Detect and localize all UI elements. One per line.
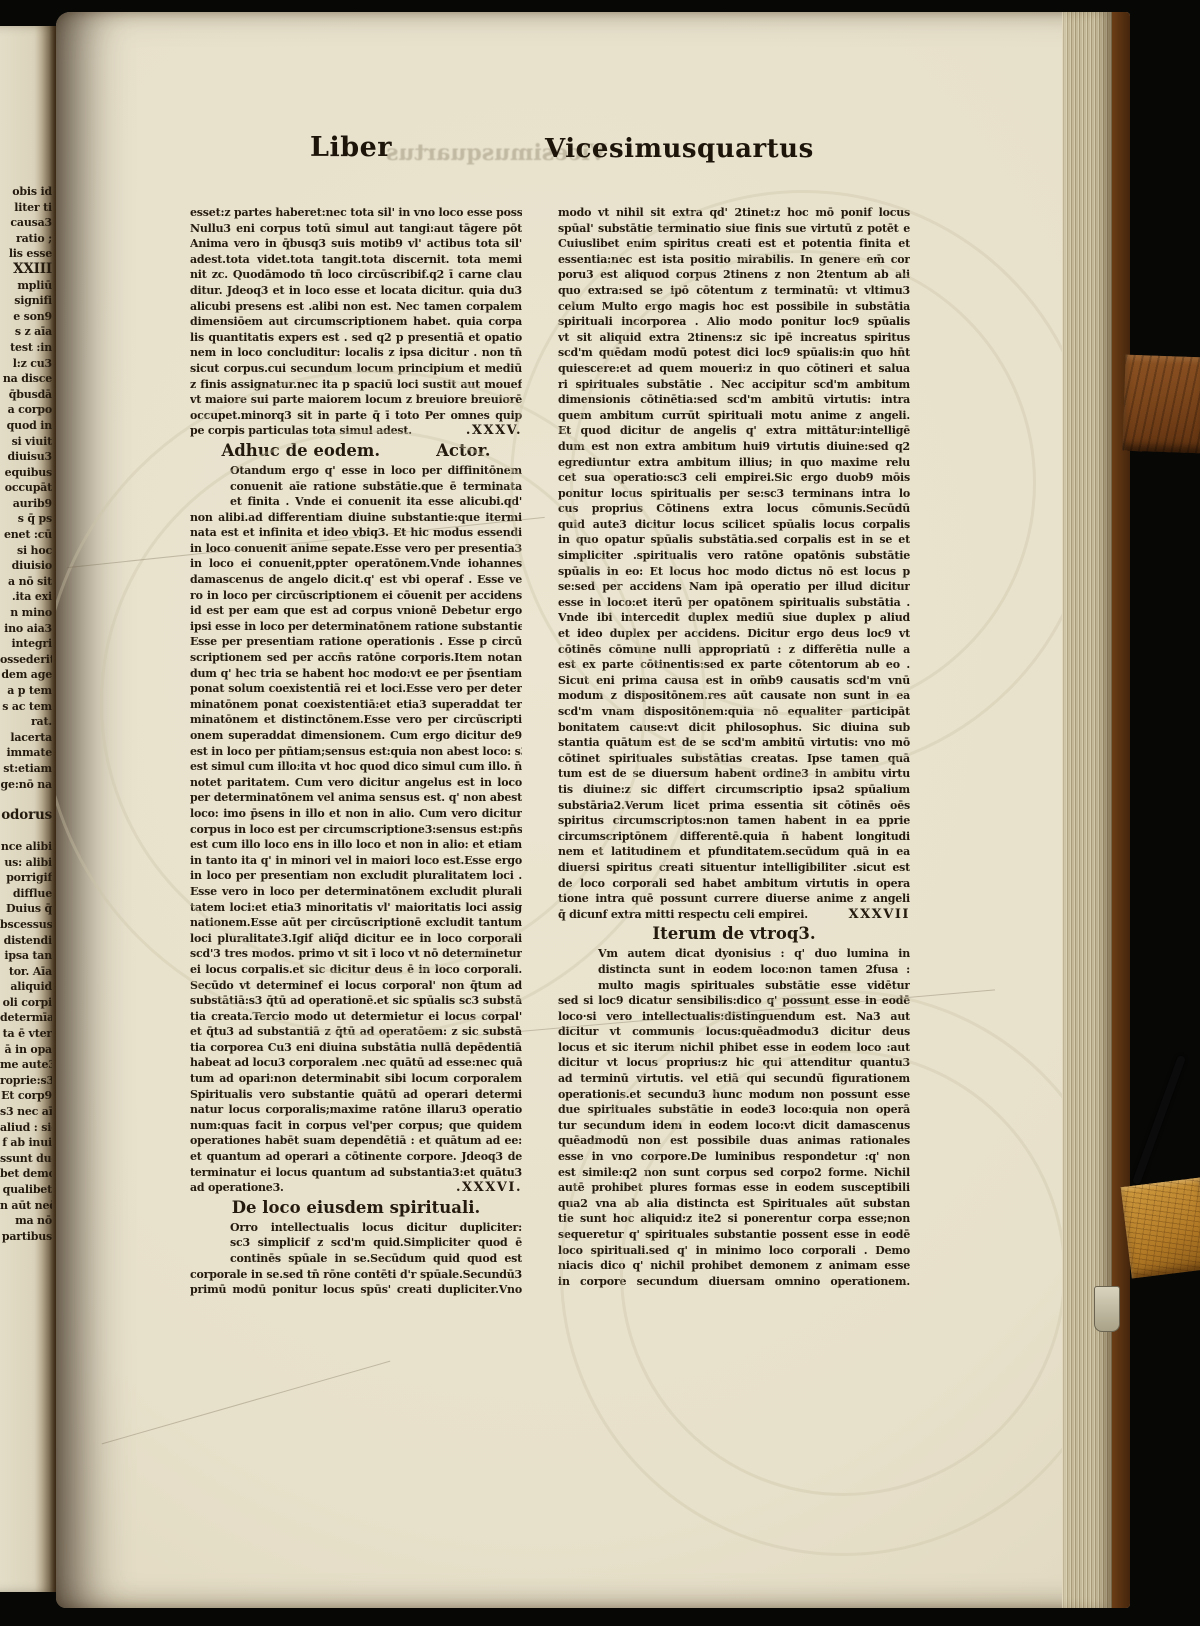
margin-text-fragment: s3 nec aīa [0,1104,52,1120]
margin-text-fragment: distendi [0,933,52,949]
margin-text-fragment: lis esse [0,246,52,262]
text-line: Nullu3 eni corpus totū simul aut tangi:a… [190,221,522,237]
text-line: modo vt nihil sit extra qd' 2tinet:z hoc… [558,205,910,221]
text-line: Et quod dicitur de angelis q' extra mitt… [558,423,910,439]
facing-page-edge: obis idliter ticausa3ratio ;lis esseXXII… [0,26,56,1592]
text-line: quēadmodū non est possibile duas animas … [558,1133,910,1149]
margin-text-fragment: s q̄ ps [0,511,52,527]
text-line: essentia:nec est ista positio mirabilis.… [558,252,910,268]
margin-text-fragment: ssunt due [0,1151,52,1167]
text-line: cōtinēs cōmune nulli appropriatū : z dif… [558,642,910,658]
text-line: locus et sic iterum nichil phibet esse i… [558,1040,910,1056]
text-line: Anima vero in q̄busq3 suis motib9 vl' ac… [190,236,522,252]
text-line: onem superaddat dimensionem. Cum ergo di… [190,728,522,744]
text-line: ad terminū virtutis. vel etiā qui secund… [558,1071,910,1087]
text-line: tia corporea Cu3 eni diuina substātia nu… [190,1040,522,1056]
scratch-line [102,1361,391,1445]
text-line: sc3 simplicif z scd'm quid.Simpliciter q… [190,1235,522,1251]
margin-text-fragment: q̄busdā [0,387,52,403]
text-line: esset:z partes haberet:nec tota sil' in … [190,205,522,221]
section-heading-text: Actor. [436,439,490,463]
margin-text-fragment: bscessus [0,917,52,933]
text-line: in corpore secundum diuersam omnino oper… [558,1274,910,1290]
margin-text-fragment: aliquid [0,979,52,995]
text-line: dimensiōem aut circumscriptionem habet. … [190,314,522,330]
margin-text-fragment: rat. [0,714,52,730]
margin-text-fragment: lacerta [0,730,52,746]
margin-text-fragment: n mino [0,605,52,621]
running-header-liber: Liber [310,132,392,163]
text-line: loco spirituali.sed q' in minimo loco co… [558,1243,910,1259]
text-line: se:sed per accidens Nam ipā operatio per… [558,579,910,595]
text-line: spūalis in eo: Et locus hoc modo dictus … [558,564,910,580]
text-line: ponat solum coexistentiā rei et loci.Ess… [190,681,522,697]
text-line: modum z dispositōnem.res aūt causate non… [558,688,910,704]
text-line: nit zc. Quodāmodo tn̄ loco circūscribif.… [190,267,522,283]
text-line: continēs spūale in se.Secūdum quid quod … [190,1251,522,1267]
text-line: corpus in loco est per circumscriptione3… [190,822,522,838]
text-line: num:quas facit in corpus vel'per corpus;… [190,1118,522,1134]
text-line: autē prohibet plures formas esse in eode… [558,1180,910,1196]
text-column-left: esset:z partes haberet:nec tota sil' in … [190,205,522,1298]
text-line: in quo opatur spūalis substātia.sed corp… [558,532,910,548]
margin-text-fragment: si hoc [0,543,52,559]
margin-text-fragment: qualibet [0,1182,52,1198]
leather-strap-bottom [1121,1177,1200,1278]
text-line: tur secundum idem in eodem loco:vt dicit… [558,1118,910,1134]
text-line: per determinatōnem vel anima sensus est.… [190,790,522,806]
margin-text-fragment: l:z cu3 [0,356,52,372]
text-line: est simile:q2 non sunt corpus sed corpo2… [558,1165,910,1181]
text-line: ponitur locus spiritualis per se:sc3 ter… [558,486,910,502]
text-line-end: pe corpis particulas tota simul adest. [190,423,412,439]
running-header-chapter: Vicesimusquartus [545,134,814,164]
margin-text-fragment: mpliū [0,278,52,294]
leather-strap-top [1122,355,1200,454]
text-line: scd'm quēdam modū potest dici loc9 spūal… [558,345,910,361]
text-line: operationes habēt suam dependētiā : et q… [190,1133,522,1149]
section-heading-text: Adhuc de eodem. [221,439,380,463]
margin-text-fragment: e son9 [0,309,52,325]
text-line: alicubi presens est .alibi non est. Nec … [190,299,522,315]
text-column-right: modo vt nihil sit extra qd' 2tinet:z hoc… [558,205,910,1289]
text-line: quiescere:et ad quem moueri:z in quo cōt… [558,361,910,377]
text-line: cōtinet spirituales substātias creatas. … [558,751,910,767]
text-line: multo magis spirituales substātie esse v… [558,978,910,994]
text-line: Esse vero in loco per determinatōnem exc… [190,884,522,900]
section-heading: De loco eiusdem spirituali. [190,1196,522,1220]
text-line: celum Multo ergo magis hoc est possibile… [558,299,910,315]
text-line: cus proprius Cōtinens extra locus cōmuni… [558,501,910,517]
text-line: nata est et infinita et ideo vbiq3. Et h… [190,525,522,541]
margin-text-fragment: immate [0,745,52,761]
margin-text-fragment: occupāt [0,480,52,496]
text-line: in loco conuenit anime sepate.Esse vero … [190,541,522,557]
margin-text-fragment: partibus [0,1229,52,1245]
text-line: tatem loci:et etia3 minoritatis vl' maio… [190,900,522,916]
margin-text-fragment: bet demo [0,1166,52,1182]
book-photograph: obis idliter ticausa3ratio ;lis esseXXII… [0,0,1200,1626]
text-line: vt sit aliquid extra 2tinens:z sic ipē i… [558,330,910,346]
text-line: sicut corpus.cui secundum locum principi… [190,361,522,377]
margin-text-fragment: me aute3 [0,1057,52,1073]
margin-text-fragment: aurib9 [0,496,52,512]
text-line: loco·si vero intellectualis:distinguendu… [558,1009,910,1025]
text-line: habeat ad locu3 corporalem .nec quātū ad… [190,1055,522,1071]
text-line: est cum illo loco ens in illo loco et no… [190,837,522,853]
text-line: diuersi spiritus creati situentur intell… [558,860,910,876]
text-line: poru3 est aliquod corpus 2tinens z non 2… [558,267,910,283]
text-line: damascenus de angelo dicit.q' est vbi op… [190,572,522,588]
margin-text-fragment [0,792,52,808]
text-line: adest.tota videt.tota tangit.tota discer… [190,252,522,268]
margin-text-fragment [0,823,52,839]
text-line: est in loco per pn̄tiam;sensus est:quia … [190,744,522,760]
section-heading: Iterum de vtroq3. [558,922,910,946]
text-line: occupet.minorq3 sit in parte q̄ ī toto P… [190,408,522,424]
chapter-number: .XXXV. [466,423,522,439]
text-line-end: ad operatione3. [190,1180,284,1196]
text-line: spūal' substātie terminatio siue finis s… [558,221,910,237]
text-line: Otandum ergo q' esse in loco per diffini… [190,463,522,479]
text-line: in tanto ita q' in minori vel in maiori … [190,853,522,869]
text-line: qua2 vna ab alia distincta est Spiritual… [558,1196,910,1212]
margin-text-fragment: XXIII [0,262,52,278]
text-line: tione intra quē possunt currere diuerse … [558,891,910,907]
chapter-number: XXXVII [848,907,910,923]
margin-text-fragment: ma nō [0,1213,52,1229]
text-line: ri spirituales substātie . Nec accipitur… [558,377,910,393]
margin-text-fragment: roprie:s3 [0,1073,52,1089]
text-line: operationis.et secundu3 hunc modum non p… [558,1087,910,1103]
binding-board-edge [1112,12,1130,1608]
text-line: natur locus corporalis;maxime ratōne ill… [190,1102,522,1118]
margin-text-fragment: nce alibi [0,839,52,855]
text-line: tum ad opari:non determinabit sibi locum… [190,1071,522,1087]
margin-text-fragment: diuisio [0,558,52,574]
text-line: tis diuine:z sic differt circumscriptio … [558,782,910,798]
margin-text-fragment: odorus [0,808,52,824]
text-line: simpliciter .spiritualis vero ratōne opa… [558,548,910,564]
text-line: scd'3 tres modos. primo vt sit ī loco vt… [190,946,522,962]
text-line: quo extra:sed se ipō cōtentum z terminat… [558,283,910,299]
text-line: loci pluralitate3.Igif aliq̄d dicitur ee… [190,931,522,947]
margin-text-fragment: ta ē vter [0,1026,52,1042]
clasp-metal-fitting [1094,1286,1120,1332]
text-line: tum est de se diuersum habent ordine3 in… [558,766,910,782]
text-line: ei locus corpalis.et sic dicitur deus ē … [190,962,522,978]
text-line: scriptionem sed per accn̄s ratōne corpor… [190,650,522,666]
text-line: tie sunt hoc aliquid:z ite2 si ponerentu… [558,1211,910,1227]
margin-text-fragment: signifi [0,293,52,309]
text-line: de loco corporali sed habet ambitum virt… [558,876,910,892]
text-line: dicitur vt locus proprius:z hic qui atte… [558,1055,910,1071]
margin-text-fragment: s ac tem [0,699,52,715]
text-line: est ex parte cōtinentis:sed ex parte cōt… [558,657,910,673]
text-line: corporale in se.sed tn̄ rōne contēti d'r… [190,1267,522,1283]
text-line: Vm autem dicat dyonisius : q' duo lumina… [558,946,910,962]
margin-text-fragment: obis id [0,184,52,200]
text-line: est simul cum illo:ita vt hoc quod dico … [190,759,522,775]
text-line: bonitatem cause:vt dicit philosophus. Si… [558,720,910,736]
text-line: pe corpis particulas tota simul adest..X… [190,423,522,439]
margin-text-fragment: tor. Aīa [0,964,52,980]
text-line: sequeretur q' spirituales substantie pos… [558,1227,910,1243]
facing-page-margin-text: obis idliter ticausa3ratio ;lis esseXXII… [0,26,56,1244]
text-line: due spirituales substātie in eode3 loco:… [558,1102,910,1118]
text-line: Spiritualis vero substantie quātū ad ope… [190,1087,522,1103]
margin-text-fragment: ge:nō na [0,777,52,793]
text-line: Orro intellectualis locus dicitur duplic… [190,1220,522,1236]
text-line: vt maiore sui parte maiorem locum z breu… [190,392,522,408]
text-line: Sicut eni prima causa est in om̄b9 causa… [558,673,910,689]
clasp-cord [1132,1055,1186,1186]
margin-text-fragment: Et corp9 [0,1088,52,1104]
text-line: loco: imo p̄sens in illo et non in alio.… [190,806,522,822]
margin-text-fragment: st:etiam [0,761,52,777]
text-line: tia creata.Tercio modo ut determietur ei… [190,1009,522,1025]
margin-text-fragment: a nō sit [0,574,52,590]
text-line: ipsi esse in loco per determinatōnem rat… [190,619,522,635]
text-line: ro in loco per circūscriptionem ei cōuen… [190,588,522,604]
chapter-number: .XXXVI. [456,1180,522,1196]
text-line: Esse per presentiam ratione operationis … [190,634,522,650]
text-line: Secūdo vt determinef ei locus corporal' … [190,978,522,994]
text-line: q̄ dicunf extra mitti respectu celi empi… [558,907,910,923]
text-line: dicitur vt communis locus:quēadmodu3 dic… [558,1024,910,1040]
text-line-end: q̄ dicunf extra mitti respectu celi empi… [558,907,808,923]
text-line: scd'm vnam dispositōnem:quia nō equalite… [558,704,910,720]
margin-text-fragment: na disce [0,371,52,387]
margin-text-fragment: ino aia3 [0,621,52,637]
text-line: spirituali incorporea . Alio modo ponitu… [558,314,910,330]
margin-text-fragment: Duius q̄ [0,901,52,917]
margin-text-fragment: difflue [0,886,52,902]
margin-text-fragment: liter ti [0,200,52,216]
margin-text-fragment: .ita exi [0,589,52,605]
text-line: ditur. Jdeoq3 et in loco esse et locata … [190,283,522,299]
text-line: dimensionis cōtinētia:sed scd'm ambitū v… [558,392,910,408]
text-line: nem et latitudinem et pfunditatem.secūdu… [558,844,910,860]
section-heading-text: De loco eiusdem spirituali. [232,1196,481,1220]
text-line: ad operatione3..XXXVI. [190,1180,522,1196]
text-line: conuenit aīe ratione substātie.que ē ter… [190,479,522,495]
margin-text-fragment: us: alibi [0,855,52,871]
text-line: lis quantitatis expers est . sed q2 p pr… [190,330,522,346]
text-line: circumscriptōnem differentē.quia n̄ habe… [558,829,910,845]
margin-text-fragment: ipsa tan [0,948,52,964]
text-line: substātiā:s3 q̄tū ad operationē.et sic s… [190,993,522,1009]
margin-text-fragment: aliud : sic [0,1120,52,1136]
text-line: et quantum ad operari a cōtinente corpor… [190,1149,522,1165]
margin-text-fragment: causa3 [0,215,52,231]
margin-text-fragment: oli corpi [0,995,52,1011]
text-line: egrediuntur extra ambitum illius; in quo… [558,455,910,471]
section-heading-text: Iterum de vtroq3. [652,922,815,946]
text-line: nem in loco concluditur: localis z ipsa … [190,345,522,361]
text-line: esse in loco:et iterū per opatōnem spiri… [558,595,910,611]
text-line: terminatur ei locus quantum ad substanti… [190,1165,522,1181]
text-line: substāria2.Verum licet prima essentia si… [558,798,910,814]
margin-text-fragment: quod in [0,418,52,434]
margin-text-fragment: porrigif [0,870,52,886]
margin-text-fragment: determīa [0,1010,52,1026]
margin-text-fragment: enet :cū [0,527,52,543]
text-line: sed si loc9 dicatur sensibilis:dico q' p… [558,993,910,1009]
book-page: Vicesimusquartus Liber Vicesimusquartus … [56,12,1130,1608]
margin-text-fragment: dem age [0,667,52,683]
margin-text-fragment: f ab inui [0,1135,52,1151]
margin-text-fragment: a corpo [0,402,52,418]
text-line: esse in vno corpore.De luminibus respond… [558,1149,910,1165]
text-line: in loco per presentiam non excludit plur… [190,868,522,884]
margin-text-fragment: si viuit [0,434,52,450]
text-line: dum q' hec tria se habent hoc modo:vt ee… [190,666,522,682]
margin-text-fragment: diuisu3 [0,449,52,465]
text-line: cet sua operatio:sc3 celi empirei.Sic er… [558,470,910,486]
text-line: z finis assignatur.nec ita p spaciū loci… [190,377,522,393]
section-heading: Adhuc de eodem.Actor. [190,439,522,463]
margin-text-fragment: s z aīa [0,324,52,340]
text-line: id est per eam que est ad corpus vnionē … [190,603,522,619]
text-line: in loco ei conuenit,ppter operatōnem.Vnd… [190,556,522,572]
text-line: nationem.Esse aūt per circūscriptionē ex… [190,915,522,931]
margin-text-fragment: ossederit [0,652,52,668]
text-line: et finita . Vnde ei conuenit ita esse al… [190,494,522,510]
margin-text-fragment: equibus [0,465,52,481]
text-line: distincta sunt in eodem loco:non tamen 2… [558,962,910,978]
text-line: spiritus circumscriptos:non tamen habent… [558,813,910,829]
page-fore-edge [1062,12,1112,1608]
text-line: et q̄tu3 ad substantiā z q̄tū ad operatō… [190,1024,522,1040]
text-line: Cuiuslibet enim spiritus creati est et p… [558,236,910,252]
text-line: minatōnem et distinctōnem.Esse vero per … [190,712,522,728]
text-line: notet paritatem. Cum vero dicitur angelu… [190,775,522,791]
text-line: non alibi.ad differentiam diuine substan… [190,510,522,526]
text-line: stantia quātum est de se scd'm ambitū vi… [558,735,910,751]
text-line: Vnde ibi intercedit duplex mediū siue du… [558,610,910,626]
text-line: quid aute3 dicitur locus scilicet spūali… [558,517,910,533]
text-line: quem ambitum currūt spirituali motu anim… [558,408,910,424]
text-line: niacis dico q' nichil prohibet demonem z… [558,1258,910,1274]
text-line: minatōnem ponat coexistentiā:et etia3 su… [190,697,522,713]
margin-text-fragment: n aūt neq̄ [0,1198,52,1214]
margin-text-fragment: a p tem [0,683,52,699]
text-line: dum est non extra ambitum hui9 virtutis … [558,439,910,455]
margin-text-fragment: ratio ; [0,231,52,247]
text-line: et ideo duplex per accidens. Dicitur erg… [558,626,910,642]
text-line: primū modū ponitur locus spūs' creati du… [190,1282,522,1298]
margin-text-fragment: test :in [0,340,52,356]
margin-text-fragment: integri [0,636,52,652]
margin-text-fragment: ā in opa [0,1042,52,1058]
